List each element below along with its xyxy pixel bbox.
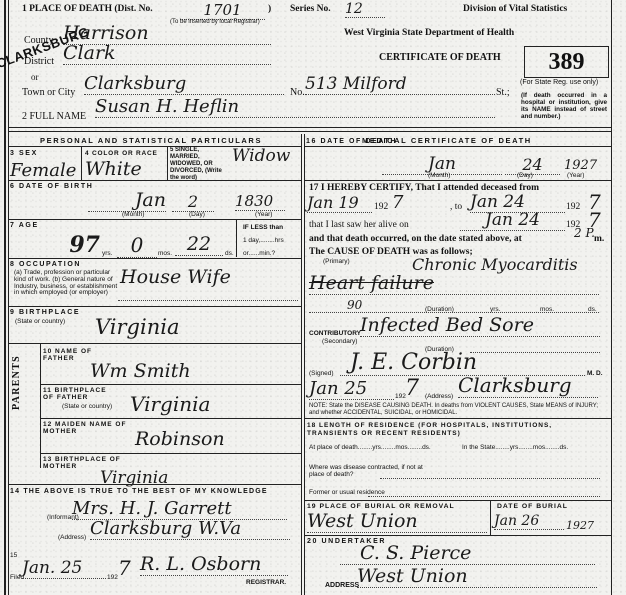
- signed-date: Jan 25: [309, 378, 394, 400]
- district-number: 1701: [180, 1, 265, 20]
- contributory-label: CONTRIBUTORY: [309, 330, 361, 337]
- mos-caption: mos.: [158, 250, 172, 257]
- informant-statement: 14 THE ABOVE IS TRUE TO THE BEST OF MY K…: [10, 488, 268, 495]
- dob-day: 2: [172, 192, 214, 212]
- duration-caption: (Duration): [425, 306, 454, 313]
- signed-caption: (Signed): [309, 370, 334, 377]
- undertaker-value: C. S. Pierce: [340, 542, 595, 565]
- former-residence-label: Former or usual residence: [309, 489, 385, 496]
- town-label: Town or City: [22, 87, 75, 98]
- undertaker-address-caption: ADDRESS: [325, 582, 359, 589]
- county-label: County: [24, 35, 53, 46]
- primary-caption: (Primary): [323, 258, 350, 265]
- series-label: Series No.: [290, 4, 331, 14]
- age-years: 97: [50, 232, 100, 259]
- informant-address-caption: (Address): [58, 534, 86, 541]
- color-value: White: [85, 158, 142, 180]
- color-label: 4 COLOR OR RACE: [85, 150, 158, 157]
- to-year-prefix: 192: [566, 202, 580, 212]
- contracted-label: Where was disease contracted, if not at …: [309, 464, 429, 478]
- one-day-label: 1 day,........hrs: [243, 237, 284, 244]
- father-birthplace-label: 11 BIRTHPLACE OF FATHER: [43, 387, 118, 401]
- if-less-label: IF LESS than: [243, 224, 283, 231]
- registrar-signature: R. L. Osborn: [140, 553, 288, 576]
- district-label: District: [24, 56, 54, 67]
- father-birthplace-value: Virginia: [130, 392, 210, 416]
- informant-address: Clarksburg W.Va: [90, 518, 290, 540]
- year-caption: (Year): [255, 211, 272, 218]
- dob-month: Jan: [88, 189, 166, 212]
- or-label: or: [31, 72, 39, 82]
- certificate-title: CERTIFICATE OF DEATH: [379, 52, 501, 63]
- ds-caption: ds.: [225, 250, 234, 257]
- father-value: Wm Smith: [90, 360, 191, 382]
- filed-year-prefix: 192: [107, 574, 118, 581]
- primary-cause-2: Heart failure: [309, 272, 599, 295]
- contributory-cause: Infected Bed Sore: [360, 314, 600, 337]
- day-caption: (Day): [189, 211, 205, 218]
- registrar-caption: REGISTRAR.: [246, 579, 286, 586]
- district-value: Clark: [63, 42, 271, 65]
- sex-value: Female: [10, 160, 76, 181]
- series-number: 12: [345, 1, 385, 18]
- hospital-note: (If death occurred in a hospital or inst…: [521, 92, 607, 120]
- mother-birthplace-value: Virginia: [100, 468, 168, 488]
- death-certificate: 1 PLACE OF DEATH (Dist. No. 1701 ) (To b…: [0, 0, 626, 595]
- cert-number-note: (For State Reg. use only): [520, 79, 598, 86]
- st-label: St.;: [496, 87, 510, 98]
- age-days: 22: [175, 233, 223, 256]
- age-label: 7 AGE: [10, 222, 39, 229]
- physician-address: Clarksburg: [458, 373, 598, 398]
- marital-value: Widow: [232, 146, 290, 166]
- street-value: 513 Milford: [305, 74, 495, 95]
- dod-month-caption: (Month): [428, 172, 450, 179]
- filed-year-suffix: 7: [118, 556, 131, 580]
- burial-place-label: 19 PLACE OF BURIAL OR REMOVAL: [307, 503, 455, 510]
- filed-number: 15: [10, 552, 17, 559]
- at-place-label: At place of death........yrs........mos.…: [309, 444, 454, 451]
- burial-date-value: Jan 26: [494, 513, 564, 530]
- marital-label: 5 SINGLE, MARRIED, WIDOWED, OR DIVORCED,…: [170, 147, 230, 182]
- death-cause-note: NOTE: State the DISEASE CAUSING DEATH. I…: [309, 403, 599, 416]
- attended-from: Jan 19: [307, 193, 372, 213]
- left-border: [4, 0, 6, 595]
- place-of-death-label: 1 PLACE OF DEATH (Dist. No.: [22, 4, 153, 14]
- last-saw-date: Jan 24: [460, 210, 565, 231]
- sex-label: 3 SEX: [10, 150, 38, 157]
- secondary-caption: (Secondary): [322, 338, 357, 345]
- attended-from-year: 7: [392, 192, 403, 213]
- last-saw-text: that I last saw her alive on: [309, 220, 409, 230]
- dob-year: 1830: [235, 192, 285, 211]
- signed-year-suffix: 7: [405, 376, 419, 401]
- personal-section-title: PERSONAL AND STATISTICAL PARTICULARS: [40, 136, 262, 145]
- center-divider-2: [304, 134, 305, 595]
- mother-label: 12 MAIDEN NAME OF MOTHER: [43, 421, 138, 435]
- undertaker-address: West Union: [357, 565, 597, 588]
- physician-address-caption: (Address): [425, 393, 453, 400]
- division-title: Division of Vital Statistics: [463, 4, 567, 14]
- birthplace-note: (State or country): [15, 318, 65, 325]
- dod-year-caption: (Year): [567, 172, 584, 179]
- dod-day-caption: (Day): [517, 172, 533, 179]
- in-state-label: In the State........yrs........mos......…: [462, 444, 602, 451]
- month-caption: (Month): [122, 211, 144, 218]
- primary-duration: 90: [309, 298, 599, 313]
- right-border: [611, 0, 612, 595]
- dob-label: 6 DATE OF BIRTH: [10, 183, 93, 190]
- left-border-inner: [8, 0, 9, 595]
- occupation-label: 8 OCCUPATION: [10, 261, 81, 268]
- occupation-note: (a) Trade, profession or particular kind…: [14, 270, 118, 297]
- birthplace-value: Virginia: [95, 315, 179, 339]
- m-label: m.: [594, 234, 604, 244]
- age-months: 0: [117, 233, 157, 258]
- center-divider: [301, 134, 302, 595]
- dod-year: 1927: [564, 158, 597, 173]
- occurred-text: and that death occurred, on the date sta…: [309, 234, 522, 244]
- residence-label: 18 LENGTH OF RESIDENCE (FOR HOSPITALS, I…: [307, 422, 602, 438]
- burial-year-value: 1927: [566, 519, 594, 532]
- filed-date: Jan. 25: [22, 558, 106, 579]
- from-year-prefix: 192: [374, 202, 388, 212]
- department-title: West Virginia State Department of Health: [344, 28, 514, 38]
- or-min-label: or......min.?: [243, 250, 275, 257]
- burial-place-value: West Union: [307, 510, 487, 533]
- mother-value: Robinson: [135, 428, 225, 450]
- full-name-label: 2 FULL NAME: [22, 111, 86, 122]
- birthplace-label: 9 BIRTHPLACE: [10, 309, 80, 316]
- yrs-caption: yrs.: [102, 250, 112, 257]
- certificate-number-box: 389: [524, 46, 609, 78]
- occurred-time: 2 P.: [574, 226, 595, 240]
- burial-date-label: DATE OF BURIAL: [497, 503, 568, 510]
- town-value: Clarksburg: [84, 73, 284, 95]
- occupation-value: House Wife: [120, 266, 231, 288]
- parents-label: PARENTS: [11, 355, 22, 410]
- full-name-value: Susan H. Heflin: [95, 96, 495, 118]
- certificate-number: 389: [525, 47, 608, 77]
- informant-value: Mrs. H. J. Garrett: [72, 498, 287, 520]
- dod-label: 16 DATE OF DEATH: [306, 138, 397, 145]
- father-birthplace-note: (State or country): [62, 403, 112, 410]
